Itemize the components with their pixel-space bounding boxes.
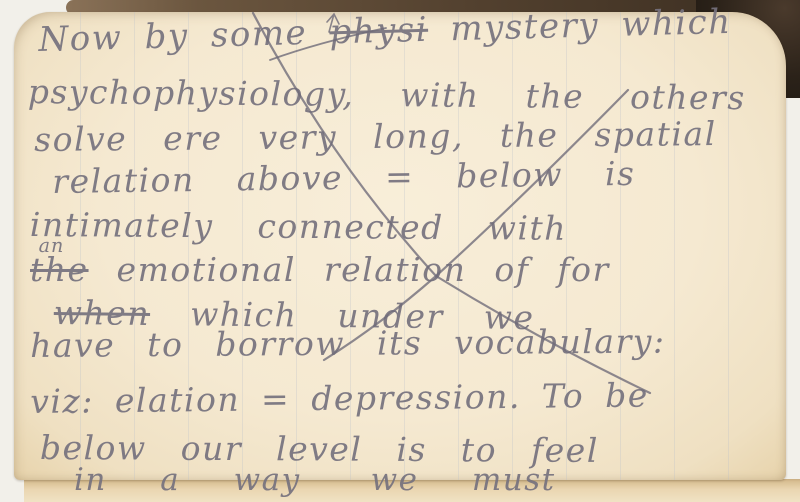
crossed-out-word: thean [30, 250, 89, 289]
handwritten-text: intimately connected with [30, 205, 567, 248]
manuscript-line: solve ere very long, the spatial [34, 114, 717, 159]
handwritten-text: Now by some [38, 12, 330, 60]
handwritten-text: psychophysiology, with the others [28, 72, 746, 117]
manuscript-line: viz: elation = depression. To be [30, 376, 649, 421]
handwritten-text: mystery which [428, 2, 733, 50]
handwritten-text: emotional relation of for [89, 250, 610, 289]
manuscript-line: in a waywe must [74, 462, 556, 498]
inserted-word: an [39, 234, 65, 257]
crossed-out-word: physi [329, 10, 429, 53]
manuscript: Now by some physi mystery whichpsychophy… [14, 12, 786, 480]
handwritten-text: we must [371, 462, 556, 498]
manuscript-line: psychophysiology, with the others [28, 72, 746, 117]
scanned-notebook-photo: Now by some physi mystery whichpsychophy… [0, 0, 800, 502]
manuscript-line: relation above = below is [52, 154, 636, 201]
handwritten-text: relation above = below is [52, 154, 636, 201]
manuscript-line: have to borrow its vocabulary: [30, 322, 666, 365]
handwritten-text: solve ere very long, the spatial [34, 114, 717, 159]
notebook-page: Now by some physi mystery whichpsychophy… [14, 12, 786, 480]
handwritten-text: viz: elation = depression. To be [30, 376, 649, 421]
handwritten-text: in a way [74, 462, 301, 498]
manuscript-line: thean emotional relation of for [30, 250, 610, 289]
manuscript-line: intimately connected with [30, 205, 567, 248]
handwritten-text: have to borrow its vocabulary: [30, 322, 666, 365]
